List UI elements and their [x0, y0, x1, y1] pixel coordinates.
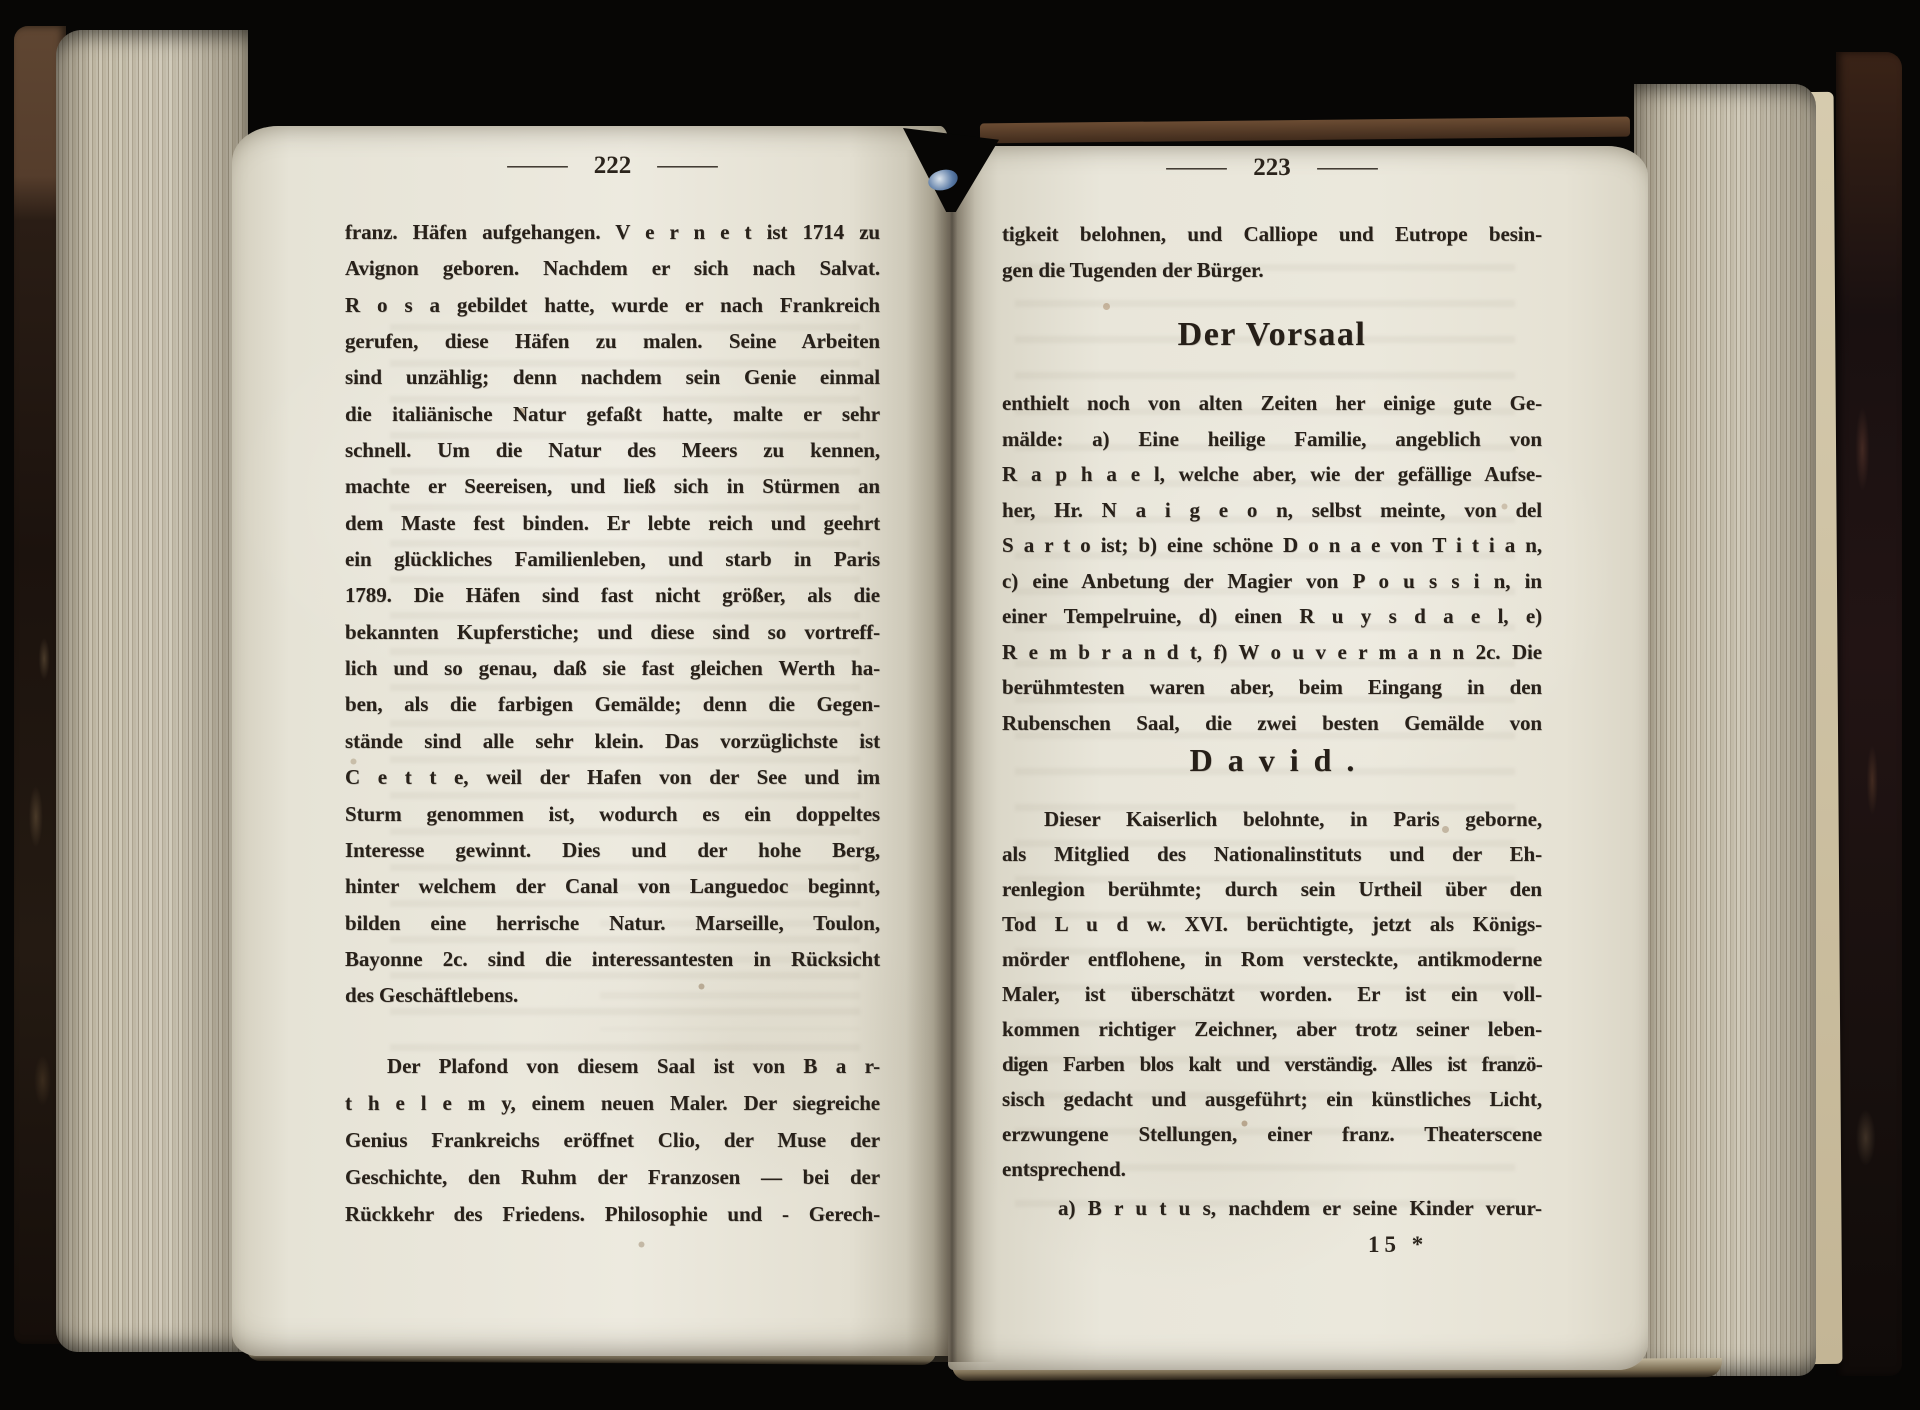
text-line: Dieser Kaiserlich belohnte, in Paris geb…: [1002, 802, 1542, 837]
text-line: Rückkehr des Friedens. Philosophie und -…: [345, 1196, 880, 1233]
text-line: franz. Häfen aufgehangen. V e r n e t is…: [345, 214, 880, 250]
text-line: R a p h a e l, welche aber, wie der gefä…: [1002, 457, 1542, 493]
text-line: S a r t o ist; b) eine schöne D o n a e …: [1002, 528, 1542, 564]
text-line: gerufen, diese Häfen zu malen. Seine Arb…: [345, 323, 880, 359]
text-line: einer Tempelruine, d) einen R u y s d a …: [1002, 599, 1542, 635]
text-line: hinter welchem der Canal von Languedoc b…: [345, 868, 880, 904]
text-line: kommen richtiger Zeichner, aber trotz se…: [1002, 1012, 1542, 1047]
section-heading-david: David.: [1002, 742, 1542, 779]
text-line: berühmtesten waren aber, beim Eingang in…: [1002, 670, 1542, 706]
text-line: Interesse gewinnt. Dies und der hohe Ber…: [345, 832, 880, 868]
text-line: 1789. Die Häfen sind fast nicht größer, …: [345, 577, 880, 613]
text-line: Genius Frankreichs eröffnet Clio, der Mu…: [345, 1122, 880, 1159]
text-line: als Mitglied des Nationalinstituts und d…: [1002, 837, 1542, 872]
text-line: sind unzählig; denn nachdem sein Genie e…: [345, 359, 880, 395]
text-line: ben, als die farbigen Gemälde; denn die …: [345, 686, 880, 722]
text-line: mörder entflohene, in Rom versteckte, an…: [1002, 942, 1542, 977]
left-page-paragraph-2: Der Plafond von diesem Saal ist von B a …: [345, 1048, 880, 1233]
text-line: ein glückliches Familienleben, und starb…: [345, 541, 880, 577]
left-page-header: — 222 —: [345, 150, 880, 182]
text-line: des Geschäftlebens.: [345, 977, 880, 1013]
right-page-section-2-paragraph: Dieser Kaiserlich belohnte, in Paris geb…: [1002, 802, 1542, 1187]
text-line: tigkeit belohnen, und Calliope und Eutro…: [1002, 216, 1542, 252]
text-line: digen Farben blos kalt und verständig. A…: [1002, 1047, 1542, 1082]
text-line: Tod L u d w. XVI. berüchtigte, jetzt als…: [1002, 907, 1542, 942]
printer-signature-mark: 15 *: [1368, 1232, 1428, 1258]
text-line: Sturm genommen ist, wodurch es ein doppe…: [345, 796, 880, 832]
right-page-header: — 223 —: [1002, 152, 1542, 184]
text-line: die italiänische Natur gefaßt hatte, mal…: [345, 396, 880, 432]
text-line: erzwungene Stellungen, einer franz. Thea…: [1002, 1117, 1542, 1152]
text-line: lich und so genau, daß sie fast gleichen…: [345, 650, 880, 686]
text-line: Maler, ist überschätzt worden. Er ist ei…: [1002, 977, 1542, 1012]
header-dash-right: —: [1317, 156, 1377, 180]
text-line: schnell. Um die Natur des Meers zu kenne…: [345, 432, 880, 468]
right-page-block-fore-edge: [1634, 84, 1816, 1376]
text-line: entsprechend.: [1002, 1152, 1542, 1187]
header-dash-right: —: [658, 154, 718, 178]
text-line: enthielt noch von alten Zeiten her einig…: [1002, 386, 1542, 422]
text-line: her, Hr. N a i g e o n, selbst meinte, v…: [1002, 493, 1542, 529]
text-line: R e m b r a n d t, f) W o u v e r m a n …: [1002, 635, 1542, 671]
right-marbled-cover-edge: [1836, 52, 1902, 1376]
text-line: R o s a gebildet hatte, wurde er nach Fr…: [345, 287, 880, 323]
right-page-intro-paragraph: tigkeit belohnen, und Calliope und Eutro…: [1002, 216, 1542, 288]
header-dash-left: —: [507, 154, 567, 178]
spine-headcap-strip: [980, 117, 1630, 144]
text-line: c) eine Anbetung der Magier von P o u s …: [1002, 564, 1542, 600]
text-line: Geschichte, den Ruhm der Franzosen — bei…: [345, 1159, 880, 1196]
text-line: Avignon geboren. Nachdem er sich nach Sa…: [345, 250, 880, 286]
header-dash-left: —: [1167, 156, 1227, 180]
text-line: machte er Seereisen, und ließ sich in St…: [345, 468, 880, 504]
left-page-number: 222: [594, 150, 632, 182]
photograph-of-open-book: — 222 — franz. Häfen aufgehangen. V e r …: [0, 0, 1920, 1410]
text-line: mälde: a) Eine heilige Familie, angeblic…: [1002, 422, 1542, 458]
left-page-block-fore-edge: [56, 30, 248, 1352]
right-page-last-line-brutus: a) B r u t u s, nachdem er seine Kinder …: [1002, 1196, 1542, 1221]
text-line: renlegion berühmte; durch sein Urtheil ü…: [1002, 872, 1542, 907]
text-line: Der Plafond von diesem Saal ist von B a …: [345, 1048, 880, 1085]
foxing-specks: [0, 0, 3, 3]
text-line: bekannten Kupferstiche; und diese sind s…: [345, 614, 880, 650]
text-line: dem Maste fest binden. Er lebte reich un…: [345, 505, 880, 541]
text-line: gen die Tugenden der Bürger.: [1002, 252, 1542, 288]
text-line: C e t t e, weil der Hafen von der See un…: [345, 759, 880, 795]
right-page-section-1-paragraph: enthielt noch von alten Zeiten her einig…: [1002, 386, 1542, 741]
text-line: stände sind alle sehr klein. Das vorzügl…: [345, 723, 880, 759]
right-page-number: 223: [1253, 152, 1291, 184]
text-line: t h e l e m y, einem neuen Maler. Der si…: [345, 1085, 880, 1122]
section-heading-der-vorsaal: Der Vorsaal: [1002, 316, 1542, 354]
text-line: Bayonne 2c. sind die interessantesten in…: [345, 941, 880, 977]
left-page-paragraph-1: franz. Häfen aufgehangen. V e r n e t is…: [345, 214, 880, 1014]
text-line: sisch gedacht und ausgeführt; ein künstl…: [1002, 1082, 1542, 1117]
text-line: bilden eine herrische Natur. Marseille, …: [345, 905, 880, 941]
text-line: Rubenschen Saal, die zwei besten Gemälde…: [1002, 706, 1542, 742]
